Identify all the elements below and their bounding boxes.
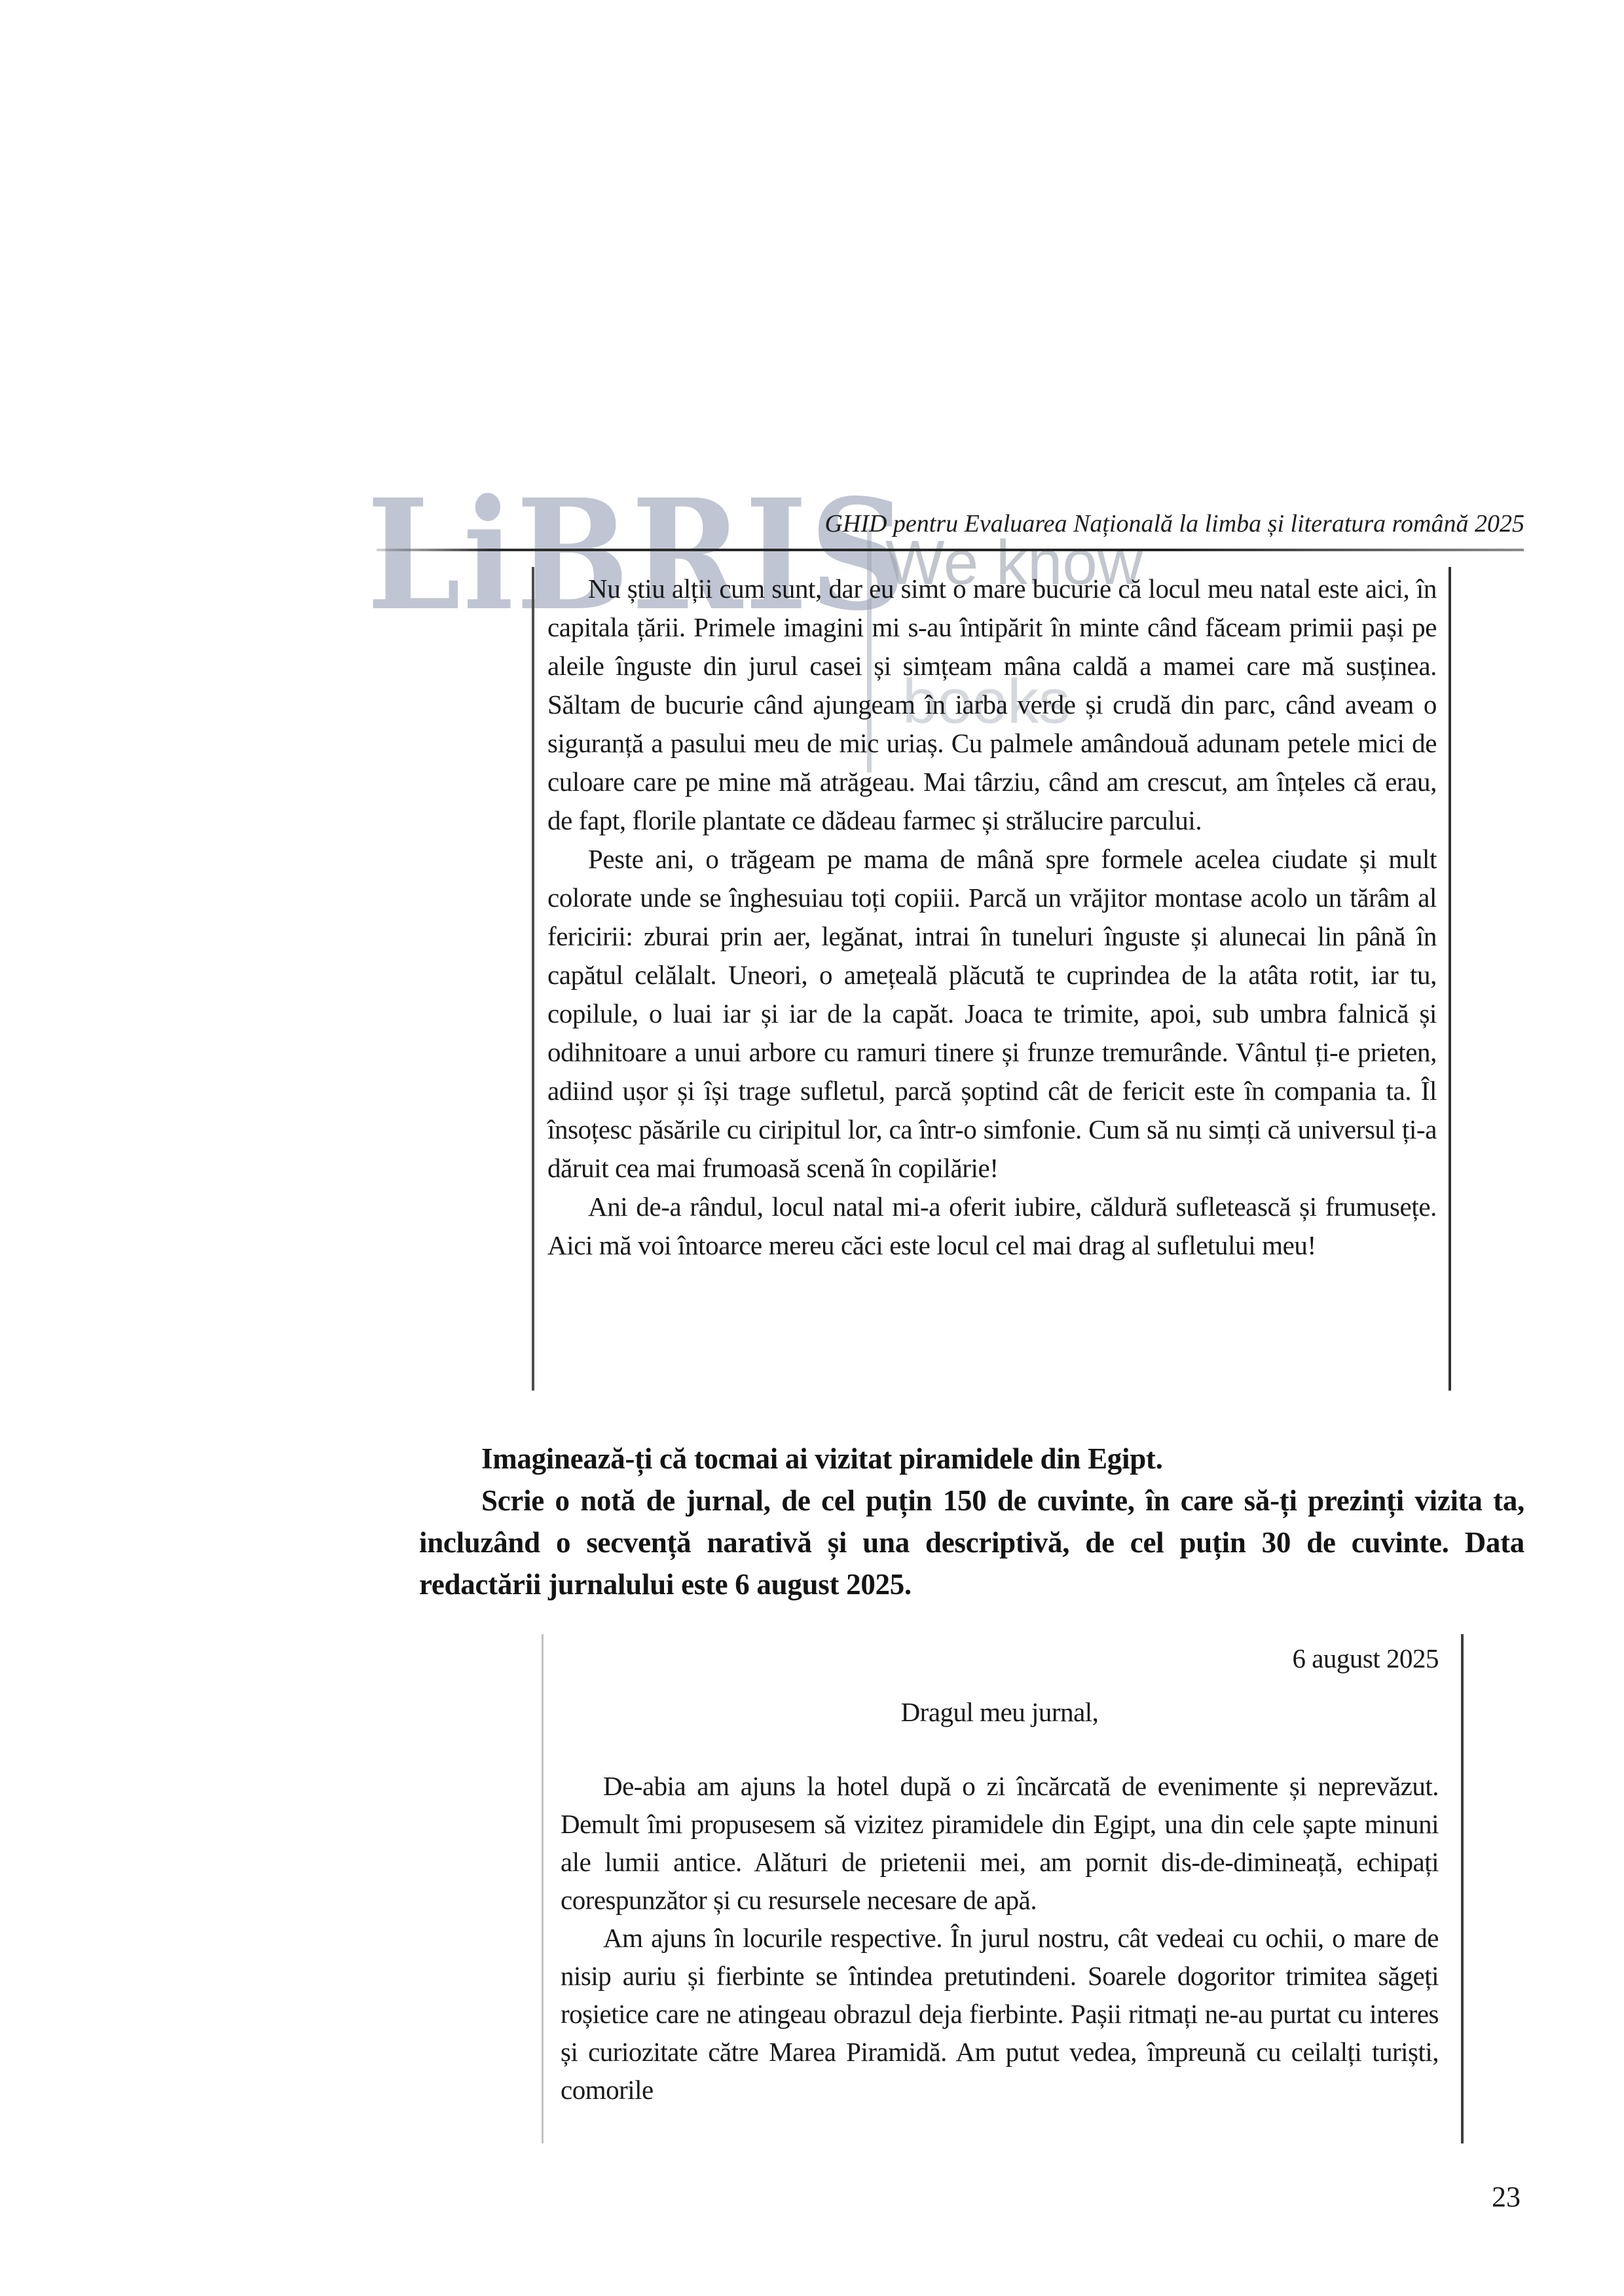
task-prompt-body: Scrie o notă de jurnal, de cel puțin 150… bbox=[419, 1480, 1524, 1605]
journal-salutation: Dragul meu jurnal, bbox=[561, 1693, 1439, 1731]
journal-entry-block: 6 august 2025 Dragul meu jurnal, De-abia… bbox=[542, 1634, 1464, 2143]
page-header-title: GHID pentru Evaluarea Națională la limba… bbox=[824, 511, 1524, 538]
task-prompt: Imaginează-ți că tocmai ai vizitat piram… bbox=[419, 1438, 1524, 1605]
task-prompt-line-1: Imaginează-ți că tocmai ai vizitat piram… bbox=[419, 1438, 1524, 1480]
page-number: 23 bbox=[1492, 2183, 1521, 2212]
model-paragraph-2: Peste ani, o trăgeam pe mama de mână spr… bbox=[547, 840, 1437, 1188]
journal-date: 6 august 2025 bbox=[561, 1639, 1439, 1677]
header-rule bbox=[377, 549, 1524, 551]
model-paragraph-3: Ani de-a rândul, locul natal mi-a oferit… bbox=[547, 1188, 1437, 1265]
model-paragraph-1: Nu știu alții cum sunt, dar eu simt o ma… bbox=[547, 570, 1437, 840]
journal-paragraph-2: Am ajuns în locurile respective. În juru… bbox=[561, 1919, 1439, 2109]
model-composition-block: Nu știu alții cum sunt, dar eu simt o ma… bbox=[532, 567, 1451, 1391]
scanned-document-page: LiBRIS We know books GHID pentru Evaluar… bbox=[0, 0, 1624, 2296]
journal-paragraph-1: De-abia am ajuns la hotel după o zi încă… bbox=[561, 1767, 1439, 1919]
